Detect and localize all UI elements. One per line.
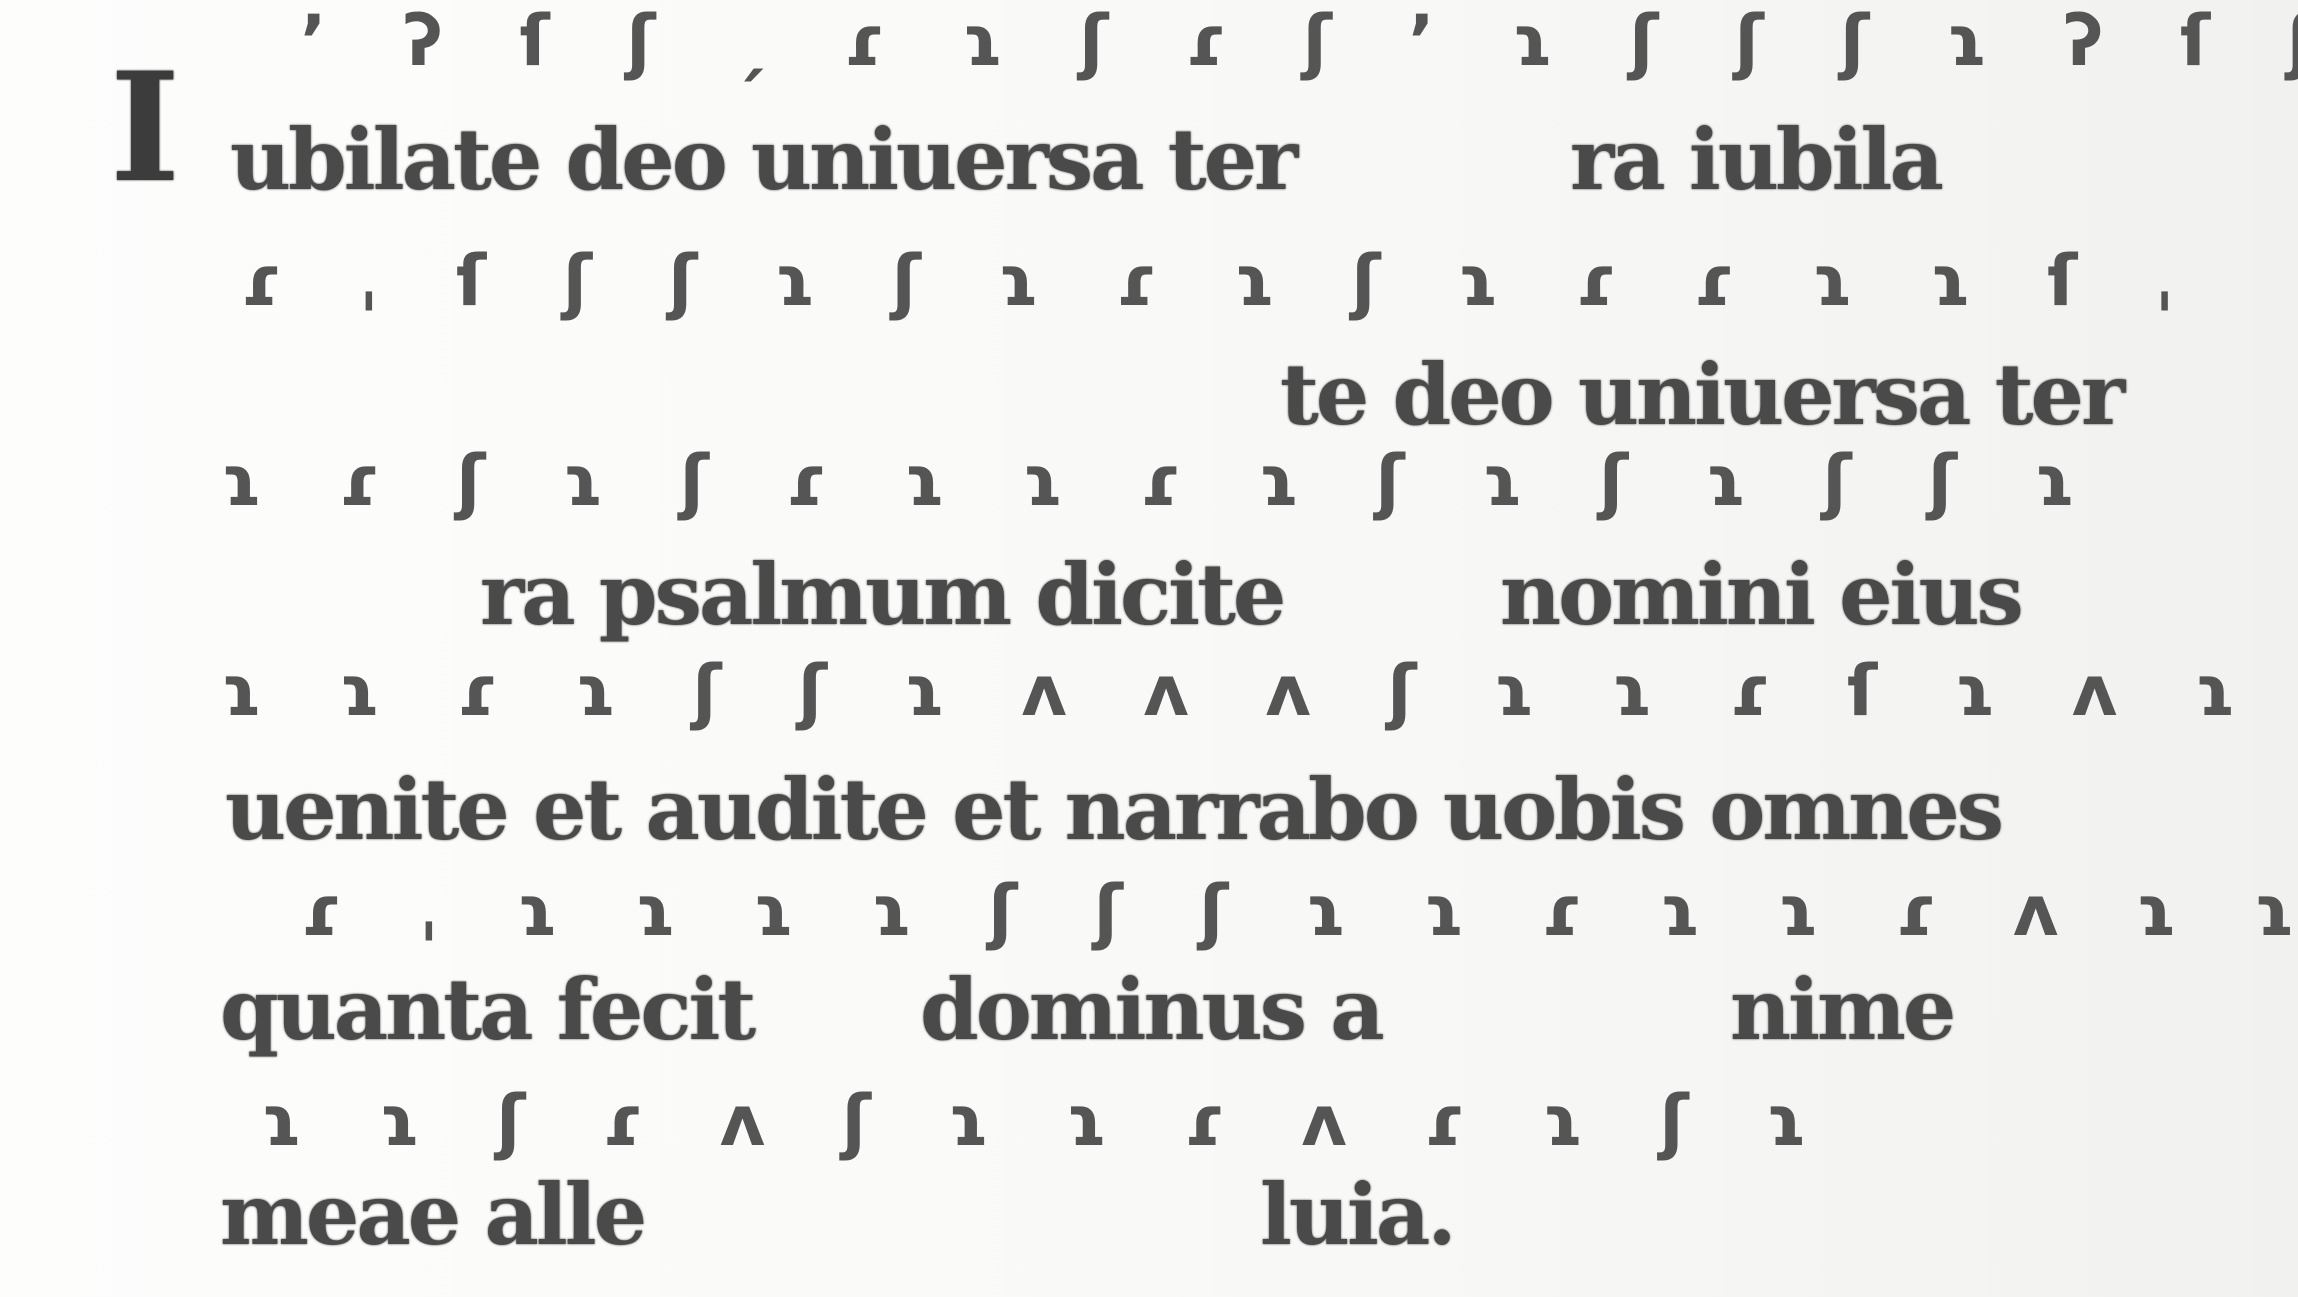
text-line: ubilate deo uniuersa ter [230, 110, 1295, 209]
text-line: ra psalmum dicite [480, 545, 1283, 644]
text-line: luia. [1260, 1165, 1454, 1264]
neume-row: ɿ ɾ ʃ ɿ ʃ ɾ ɿ ɿ ɾ ɿ ʃ ɿ ʃ ɿ ʃ ʃ ɿ [220, 440, 2101, 522]
text-line: quanta fecit [220, 960, 753, 1059]
decorated-initial: I [110, 40, 180, 216]
text-line: meae alle [220, 1165, 644, 1264]
text-line: nomini eius [1500, 545, 2021, 644]
neume-row: ʼ ʔ ſ ʃ ˏ ɾ ɿ ʃ ɾ ʃ ʼ ɿ ʃ ʃ ʃ ɿ ʔ ſ ʃ ɿ … [300, 0, 2298, 82]
neume-row: ɿ ɿ ɾ ɿ ʃ ʃ ɿ ʌ ʌ ʌ ʃ ɿ ɿ ɾ ſ ɿ ʌ ɿ [220, 650, 2261, 732]
text-line: uenite et audite et narrabo uobis omnes [225, 760, 2001, 859]
text-line: te deo uniuersa ter [1280, 345, 2122, 444]
manuscript-page: I ʼ ʔ ſ ʃ ˏ ɾ ɿ ʃ ɾ ʃ ʼ ɿ ʃ ʃ ʃ ɿ ʔ ſ ʃ … [0, 0, 2298, 1297]
neume-row: ɾ ˌ ſ ʃ ʃ ɿ ʃ ɿ ɾ ɿ ʃ ɿ ɾ ɾ ɿ ɿ ſ ˌ [240, 240, 2201, 322]
neume-row: ɾ ˌ ɿ ɿ ɿ ɿ ʃ ʃ ʃ ɿ ɿ ɾ ɿ ɿ ɾ ʌ ɿ ɿ [300, 870, 2298, 952]
text-line: ra iubila [1570, 110, 1941, 209]
neume-row: ɿ ɿ ʃ ɾ ʌ ʃ ɿ ɿ ɾ ʌ ɾ ɿ ʃ ɿ [260, 1080, 1833, 1162]
text-line: nime [1730, 960, 1953, 1059]
text-line: dominus a [920, 960, 1382, 1059]
